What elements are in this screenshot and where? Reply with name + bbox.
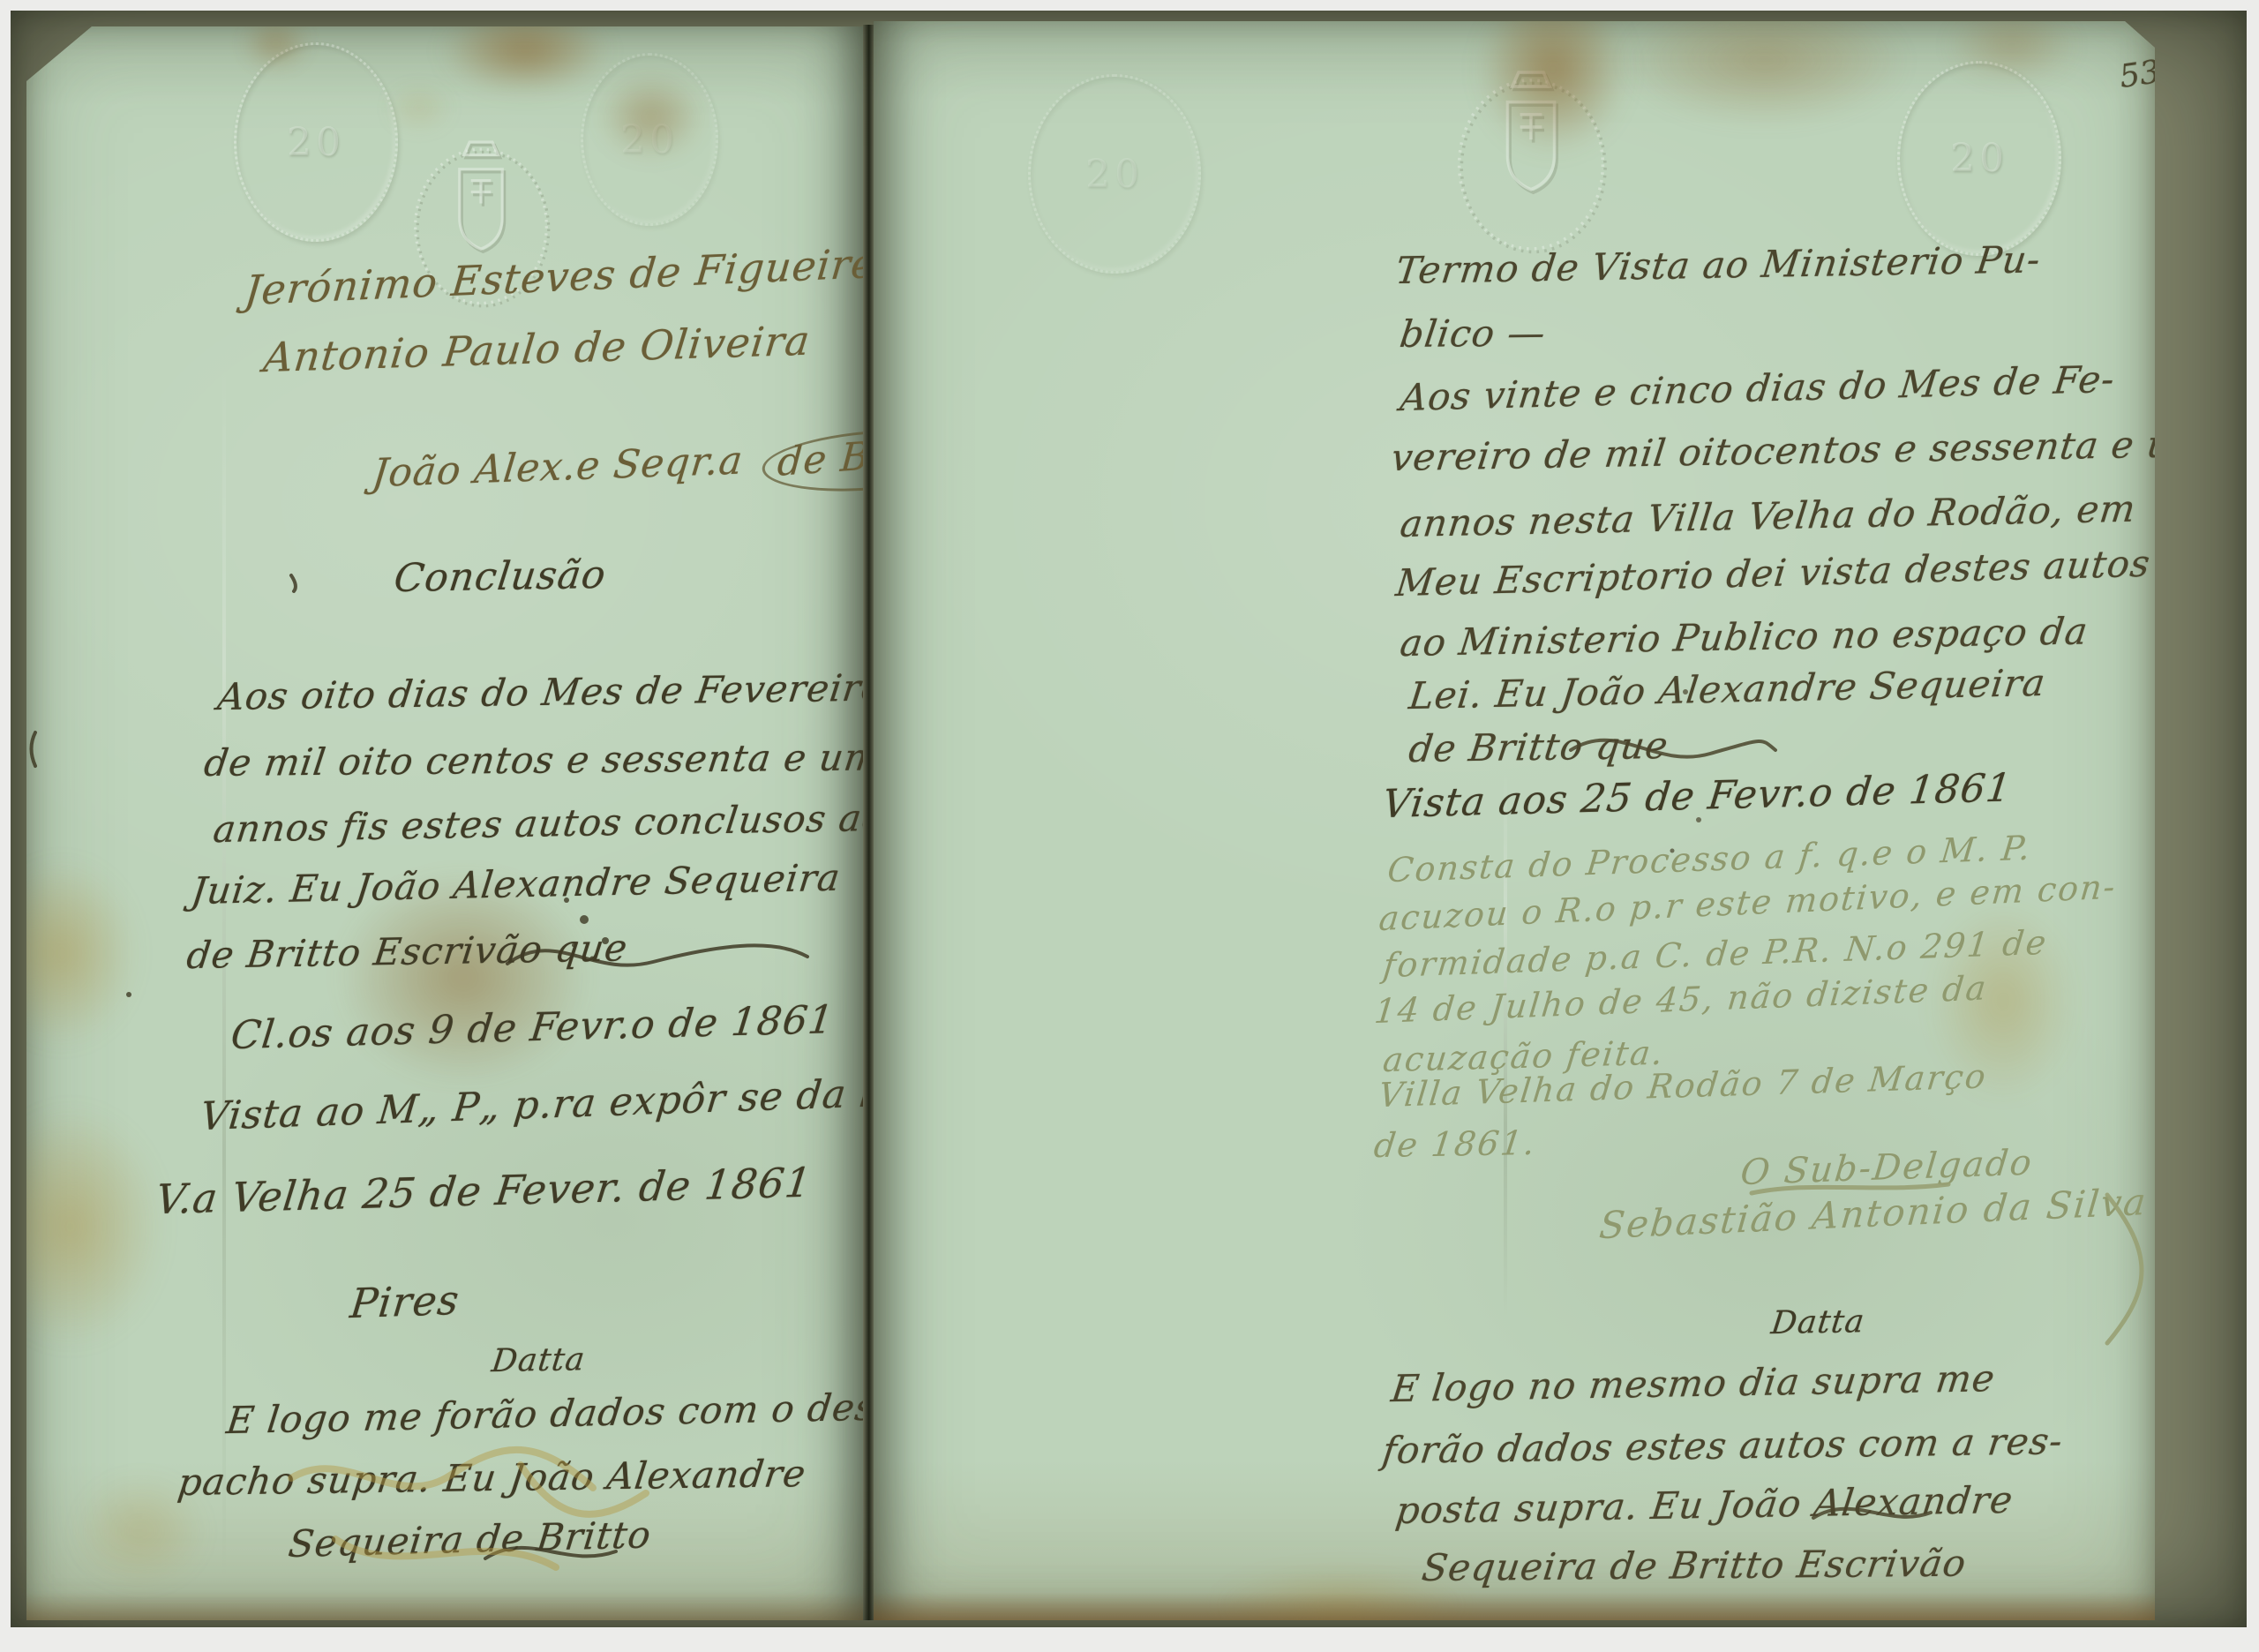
stamp-value: 20: [287, 120, 345, 165]
manuscript-line: Sequeira de Britto Escrivão: [1420, 1542, 1970, 1589]
manuscript-line: Sequeira de Britto: [286, 1513, 653, 1566]
signature-pires: Pires: [348, 1276, 462, 1328]
manuscript-line-conclusos-date: Cl.os aos 9 de Fevr.o de 1861: [229, 997, 837, 1058]
manuscript-line: de Britto que: [1407, 724, 1671, 770]
manuscript-line-party-1: Jerónimo Esteves de Figueiredo: [243, 237, 931, 314]
stain: [388, 88, 450, 128]
data-heading: Datta: [490, 1341, 588, 1379]
manuscript-line: ao Ministerio Publico no espaço da: [1398, 609, 2090, 665]
left-page: 20 20: [26, 26, 863, 1620]
data-heading: Datta: [1769, 1303, 1867, 1341]
embossed-stamp-oval: 20: [581, 53, 718, 226]
stamp-value: 20: [620, 117, 679, 162]
stain: [0, 860, 137, 1046]
edge-burn: [26, 1592, 863, 1620]
manuscript-line-vista-order: Vista ao M„ P„ p.ra expôr se da lei: [199, 1070, 912, 1139]
stain: [441, 9, 609, 93]
manuscript-line: posta supra. Eu João Alexandre: [1393, 1478, 2015, 1532]
manuscript-line: annos nesta Villa Velha do Rodão, em: [1398, 487, 2138, 546]
edge-burn: [874, 1592, 2155, 1620]
book-gutter: [863, 25, 874, 1620]
manuscript-line-term-heading: blico —: [1398, 312, 1549, 356]
manuscript-line: E logo no mesmo dia supra me: [1389, 1356, 1998, 1410]
stamp-value: 20: [1950, 136, 2008, 181]
scanner-mat: 20 20: [11, 11, 2247, 1627]
judge-name: João Alex.e Seqr.a: [370, 438, 758, 496]
stain: [1619, 0, 1910, 127]
page-number: 53: [2117, 54, 2162, 95]
manuscript-line: E logo me forão dados com o des-: [224, 1385, 891, 1442]
right-page: 20 20: [874, 21, 2155, 1620]
manuscript-line-note-place: de 1861.: [1372, 1123, 1539, 1165]
manuscript-line-party-2: Antonio Paulo de Oliveira: [261, 317, 813, 382]
stain: [0, 1108, 163, 1346]
stamp-value: 20: [1085, 152, 1144, 197]
manuscript-line: Aos vinte e cinco dias do Mes de Fe-: [1398, 357, 2117, 419]
embossed-stamp-oval: 20: [1028, 74, 1201, 274]
manuscript-line-vista-date: Vista aos 25 de Fevr.o de 1861: [1380, 765, 2014, 827]
embossed-stamp-oval: 20: [234, 42, 398, 242]
manuscript-line: de mil oito centos e sessenta e um: [202, 735, 883, 785]
manuscript-line-place-date: V.a Velha 25 de Fever. de 1861: [154, 1159, 814, 1224]
manuscript-line: forão dados estes autos com a res-: [1380, 1419, 2066, 1472]
section-heading-conclusao: Conclusão: [392, 552, 609, 601]
note-role-subdelegado: O Sub-Delgado: [1738, 1142, 2035, 1193]
manuscript-line: Juiz. Eu João Alexandre Sequeira: [189, 856, 843, 913]
manuscript-line: pacho supra. Eu João Alexandre: [176, 1452, 809, 1504]
manuscript-line: Lei. Eu João Alexandre Sequeira: [1407, 661, 2048, 717]
manuscript-line: Aos oito dias do Mes de Fevereiro: [215, 665, 888, 718]
signature-sebastiao: Sebastião Antonio da Silva: [1597, 1180, 2150, 1247]
manuscript-line: vereiro de mil oitocentos e sessenta e u…: [1389, 422, 2210, 479]
manuscript-line: Meu Escriptorio dei vista destes autos: [1393, 542, 2152, 605]
manuscript-line: annos fis estes autos conclusos ao: [211, 796, 888, 851]
embossed-coat-of-arms: [1452, 52, 1610, 255]
manuscript-line: de Britto Escrivão que: [184, 926, 630, 977]
embossed-stamp-oval: 20: [1897, 61, 2061, 256]
